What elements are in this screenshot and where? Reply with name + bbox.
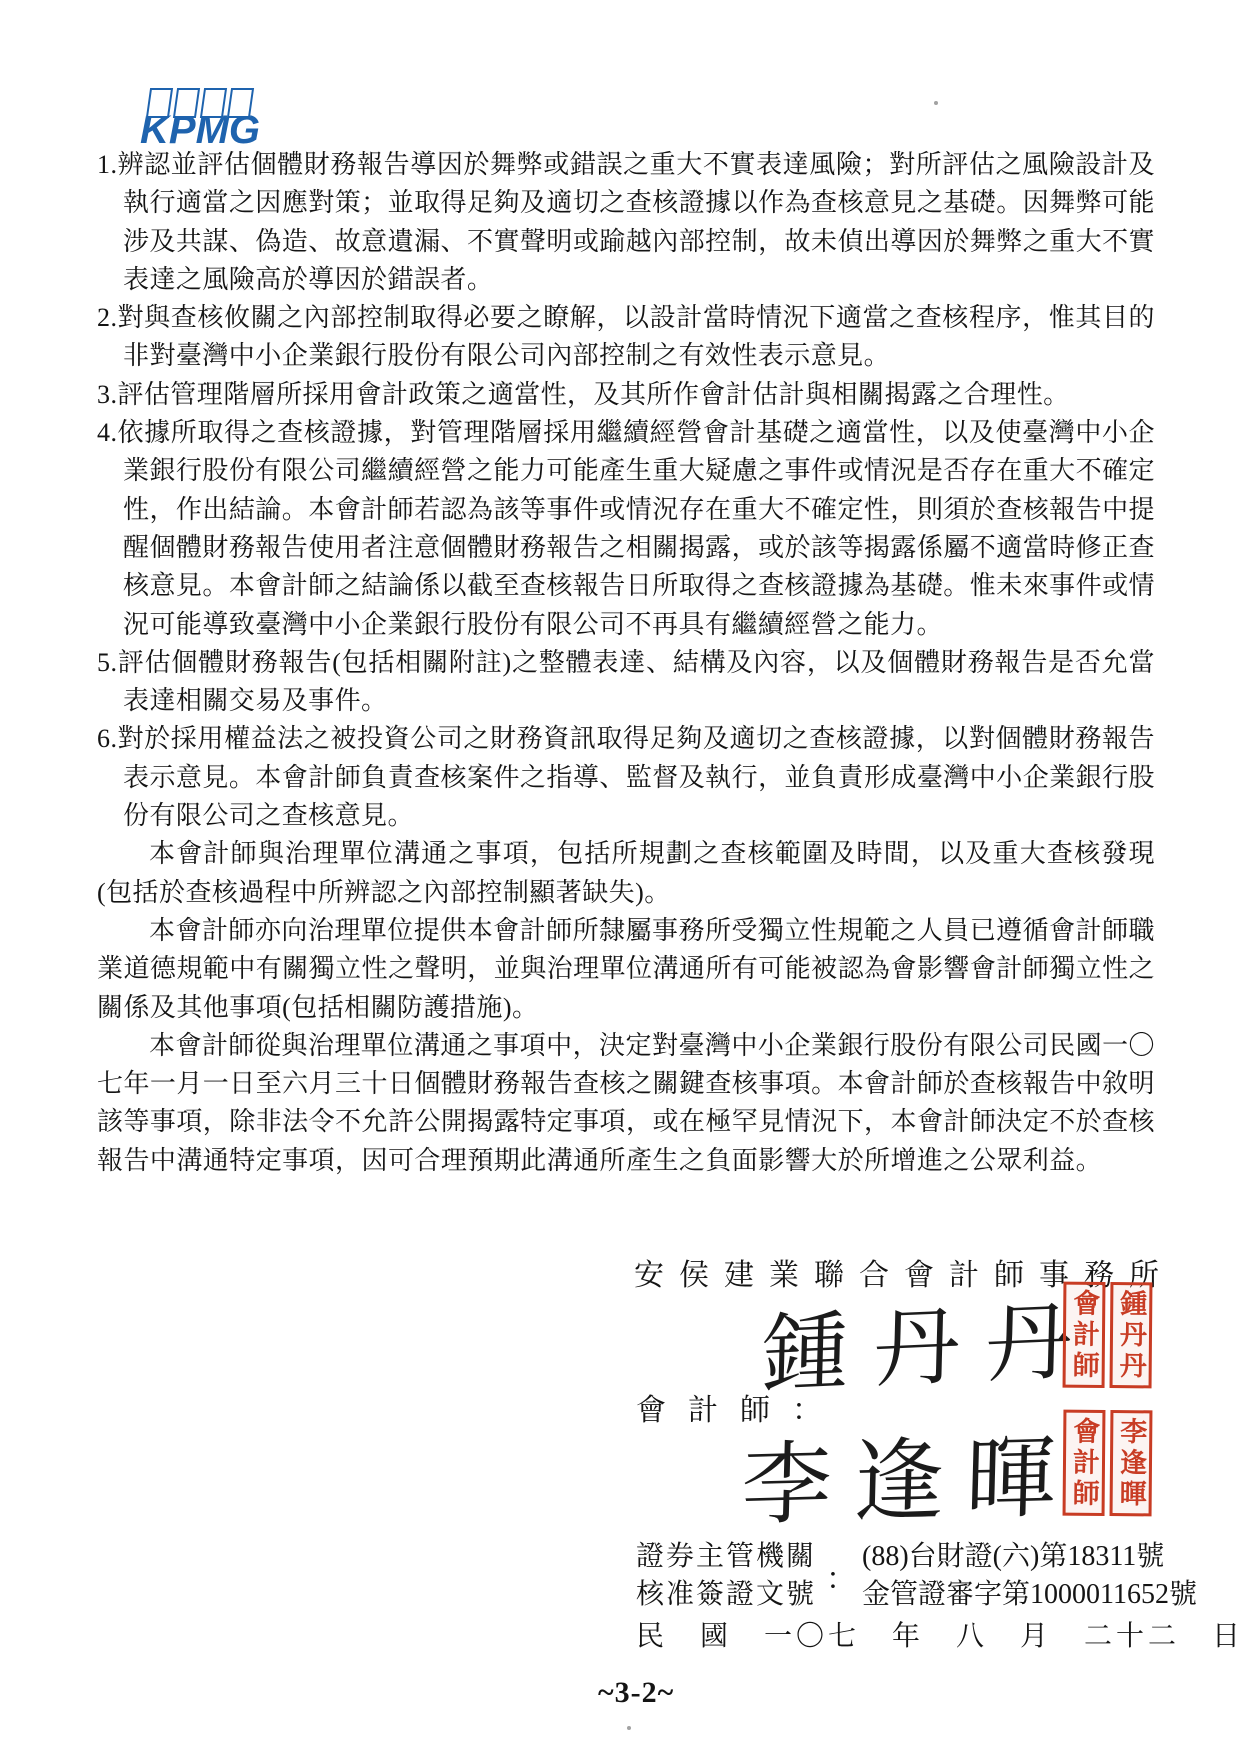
label-colon: ：	[826, 1554, 856, 1598]
kpmg-logo: KPMG	[140, 88, 300, 148]
seal-column: 會計師	[1063, 1410, 1106, 1516]
regulator-label-line2: 核准簽證文號	[636, 1576, 816, 1614]
logo-square-icon	[227, 88, 254, 118]
numbered-item-6: 6.對於採用權益法之被投資公司之財務資訊取得足夠及適切之查核證據，以對個體財務報…	[97, 720, 1155, 835]
accountant-signature-1: 鍾丹丹	[761, 1271, 1100, 1410]
seal-column: 會計師	[1063, 1282, 1106, 1388]
page-number: ~3-2~	[598, 1676, 674, 1710]
seal-column: 鍾丹丹	[1110, 1282, 1153, 1388]
approval-number-1: (88)台財證(六)第18311號	[862, 1538, 1197, 1576]
scan-artifact-dot	[934, 101, 938, 105]
key-audit-matters-paragraph: 本會計師從與治理單位溝通之事項中，決定對臺灣中小企業銀行股份有限公司民國一〇七年…	[97, 1027, 1155, 1180]
regulator-labels: 證券主管機關 核准簽證文號	[636, 1538, 816, 1614]
audit-report-page: KPMG 1.辨認並評估個體財務報告導因於舞弊或錯誤之重大不實表達風險；對所評估…	[0, 0, 1242, 1754]
independence-paragraph: 本會計師亦向治理單位提供本會計師所隸屬事務所受獨立性規範之人員已遵循會計師職業道…	[97, 912, 1155, 1027]
scan-artifact-dot	[627, 1726, 631, 1730]
red-seal-stamp-1: 會計師 鍾丹丹	[1063, 1282, 1153, 1389]
communication-paragraph: 本會計師與治理單位溝通之事項，包括所規劃之查核範圍及時間，以及重大查核發現(包括…	[97, 835, 1155, 912]
logo-square-icon	[173, 88, 200, 118]
approval-numbers: (88)台財證(六)第18311號 金管證審字第1000011652號	[862, 1538, 1197, 1614]
numbered-item-4: 4.依據所取得之查核證據，對管理階層採用繼續經營會計基礎之適當性，以及使臺灣中小…	[97, 414, 1155, 644]
red-seal-stamp-2: 會計師 李逢暉	[1063, 1410, 1153, 1517]
approval-number-2: 金管證審字第1000011652號	[862, 1576, 1197, 1614]
numbered-item-5: 5.評估個體財務報告(包括相關附註)之整體表達、結構及內容，以及個體財務報告是否…	[97, 644, 1155, 721]
report-date: 民 國 一〇七 年 八 月 二十二 日	[636, 1614, 1242, 1654]
kpmg-logo-squares	[146, 88, 302, 118]
report-body: 1.辨認並評估個體財務報告導因於舞弊或錯誤之重大不實表達風險；對所評估之風險設計…	[97, 146, 1155, 1180]
numbered-item-1: 1.辨認並評估個體財務報告導因於舞弊或錯誤之重大不實表達風險；對所評估之風險設計…	[97, 146, 1155, 299]
logo-square-icon	[146, 88, 173, 118]
regulator-approval-block: 證券主管機關 核准簽證文號 ： (88)台財證(六)第18311號 金管證審字第…	[636, 1538, 1197, 1614]
accountant-signature-2: 李逢暉	[740, 1404, 1079, 1543]
regulator-label-line1: 證券主管機關	[636, 1538, 816, 1576]
numbered-item-2: 2.對與查核攸關之內部控制取得必要之瞭解，以設計當時情況下適當之查核程序，惟其目…	[97, 299, 1155, 376]
logo-square-icon	[200, 88, 227, 118]
numbered-item-3: 3.評估管理階層所採用會計政策之適當性，及其所作會計估計與相關揭露之合理性。	[97, 376, 1155, 414]
seal-column: 李逢暉	[1110, 1410, 1153, 1516]
